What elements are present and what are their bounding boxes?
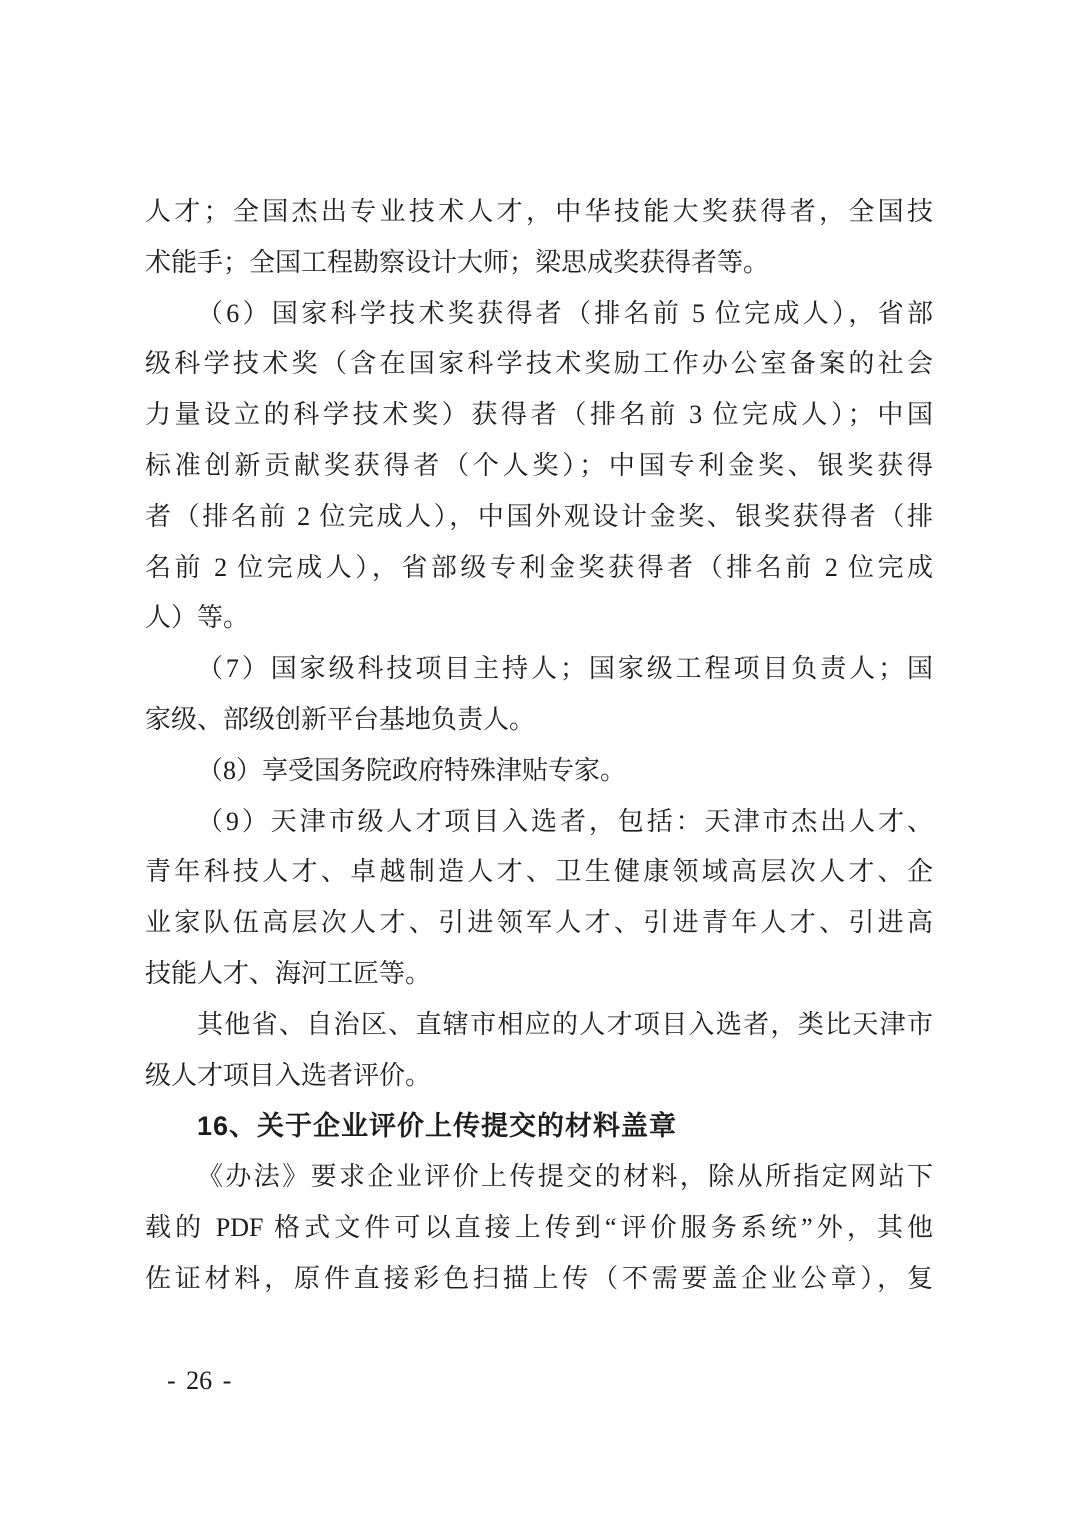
text-line: 载的 PDF 格式文件可以直接上传到“评价服务系统”外，其他 xyxy=(145,1203,933,1254)
text-line: （8）享受国务院政府特殊津贴专家。 xyxy=(145,746,933,797)
text-line: 者（排名前 2 位完成人），中国外观设计金奖、银奖获得者（排 xyxy=(145,492,933,543)
text-line: 人）等。 xyxy=(145,593,933,644)
text-line: （7）国家级科技项目主持人；国家级工程项目负责人；国 xyxy=(145,644,933,695)
text-line: 佐证材料，原件直接彩色扫描上传（不需要盖企业公章），复 xyxy=(145,1254,933,1305)
text-line: 其他省、自治区、直辖市相应的人才项目入选者，类比天津市 xyxy=(145,1000,933,1051)
text-line: 标准创新贡献奖获得者（个人奖）；中国专利金奖、银奖获得 xyxy=(145,441,933,492)
text-line: 人才；全国杰出专业技术人才，中华技能大奖获得者，全国技 xyxy=(145,187,933,238)
text-line: （6）国家科学技术奖获得者（排名前 5 位完成人），省部 xyxy=(145,289,933,340)
section-heading: 16、关于企业评价上传提交的材料盖章 xyxy=(145,1101,933,1152)
text-line: 级人才项目入选者评价。 xyxy=(145,1051,933,1102)
text-line: 名前 2 位完成人），省部级专利金奖获得者（排名前 2 位完成 xyxy=(145,543,933,594)
text-line: 家级、部级创新平台基地负责人。 xyxy=(145,695,933,746)
text-line: 力量设立的科学技术奖）获得者（排名前 3 位完成人）；中国 xyxy=(145,390,933,441)
page-number: - 26 - xyxy=(167,1366,231,1396)
document-page: 人才；全国杰出专业技术人才，中华技能大奖获得者，全国技术能手；全国工程勘察设计大… xyxy=(0,0,1069,1520)
text-line: 技能人才、海河工匠等。 xyxy=(145,949,933,1000)
text-line: 青年科技人才、卓越制造人才、卫生健康领域高层次人才、企 xyxy=(145,847,933,898)
text-line: 《办法》要求企业评价上传提交的材料，除从所指定网站下 xyxy=(145,1152,933,1203)
text-line: 业家队伍高层次人才、引进领军人才、引进青年人才、引进高 xyxy=(145,898,933,949)
text-line: 术能手；全国工程勘察设计大师；梁思成奖获得者等。 xyxy=(145,238,933,289)
text-line: （9）天津市级人才项目入选者，包括：天津市杰出人才、 xyxy=(145,797,933,848)
text-line: 级科学技术奖（含在国家科学技术奖励工作办公室备案的社会 xyxy=(145,339,933,390)
document-body: 人才；全国杰出专业技术人才，中华技能大奖获得者，全国技术能手；全国工程勘察设计大… xyxy=(145,187,933,1305)
